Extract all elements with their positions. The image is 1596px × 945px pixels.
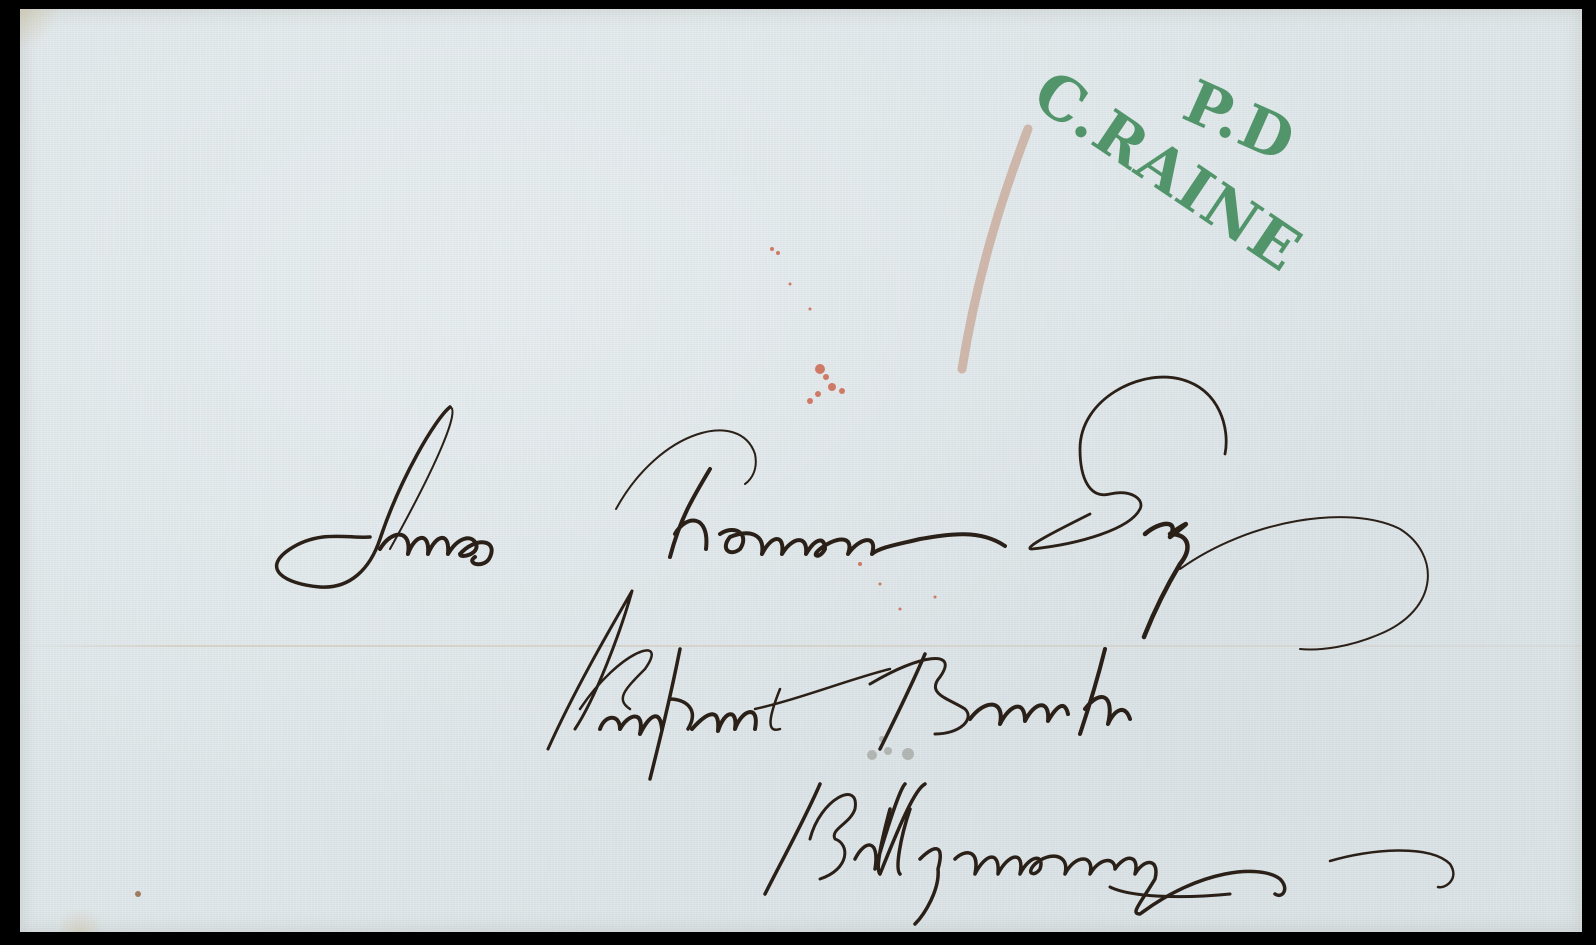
scan-background: C.RAINE P.D: [0, 0, 1596, 945]
letter-cover: C.RAINE P.D: [20, 9, 1582, 932]
red-ink-marks: [135, 247, 937, 897]
smudge-marks: [867, 736, 914, 760]
manuscript-ink: [20, 9, 1582, 932]
